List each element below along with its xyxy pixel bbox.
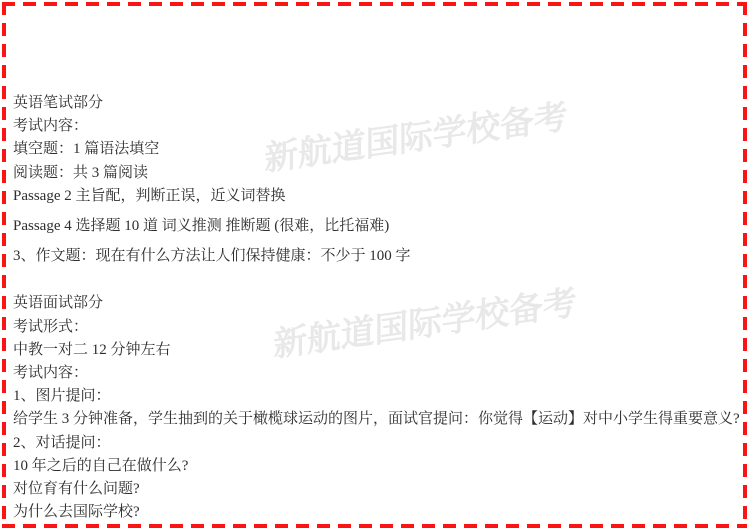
- interview-format-label: 考试形式：: [13, 316, 741, 339]
- reading-line: 阅读题：共 3 篇阅读: [13, 162, 741, 185]
- written-content-label: 考试内容：: [13, 115, 741, 138]
- document-content: 英语笔试部分 考试内容： 填空题：1 篇语法填空 阅读题：共 3 篇阅读 Pas…: [13, 92, 741, 524]
- dialogue-question-2: 对位育有什么问题?: [13, 478, 741, 501]
- interview-section-title: 英语面试部分: [13, 292, 741, 315]
- interview-content-label: 考试内容：: [13, 362, 741, 385]
- interview-format-line: 中教一对二 12 分钟左右: [13, 339, 741, 362]
- document-page: 新航道国际学校备考 新航道国际学校备考 英语笔试部分 考试内容： 填空题：1 篇…: [0, 0, 750, 531]
- essay-line: 3、作文题：现在有什么方法让人们保持健康：不少于 100 字: [13, 245, 741, 268]
- passage2-line: Passage 2 主旨配，判断正误，近义词替换: [13, 185, 741, 208]
- dialogue-question-3: 为什么去国际学校?: [13, 501, 741, 524]
- picture-question-label: 1、图片提问：: [13, 385, 741, 408]
- dashed-border-left: [2, 2, 6, 528]
- dashed-border-bottom: [2, 524, 747, 528]
- written-section-title: 英语笔试部分: [13, 92, 741, 115]
- dialogue-question-1: 10 年之后的自己在做什么?: [13, 455, 741, 478]
- dashed-border-right: [743, 2, 747, 528]
- dashed-border-top: [2, 2, 747, 6]
- dialogue-question-label: 2、对话提问：: [13, 432, 741, 455]
- passage4-line: Passage 4 选择题 10 道 词义推测 推断题 (很难，比托福难): [13, 215, 741, 238]
- fill-blank-line: 填空题：1 篇语法填空: [13, 138, 741, 161]
- picture-question-detail: 给学生 3 分钟准备，学生抽到的关于橄榄球运动的图片，面试官提问：你觉得【运动】…: [13, 408, 741, 431]
